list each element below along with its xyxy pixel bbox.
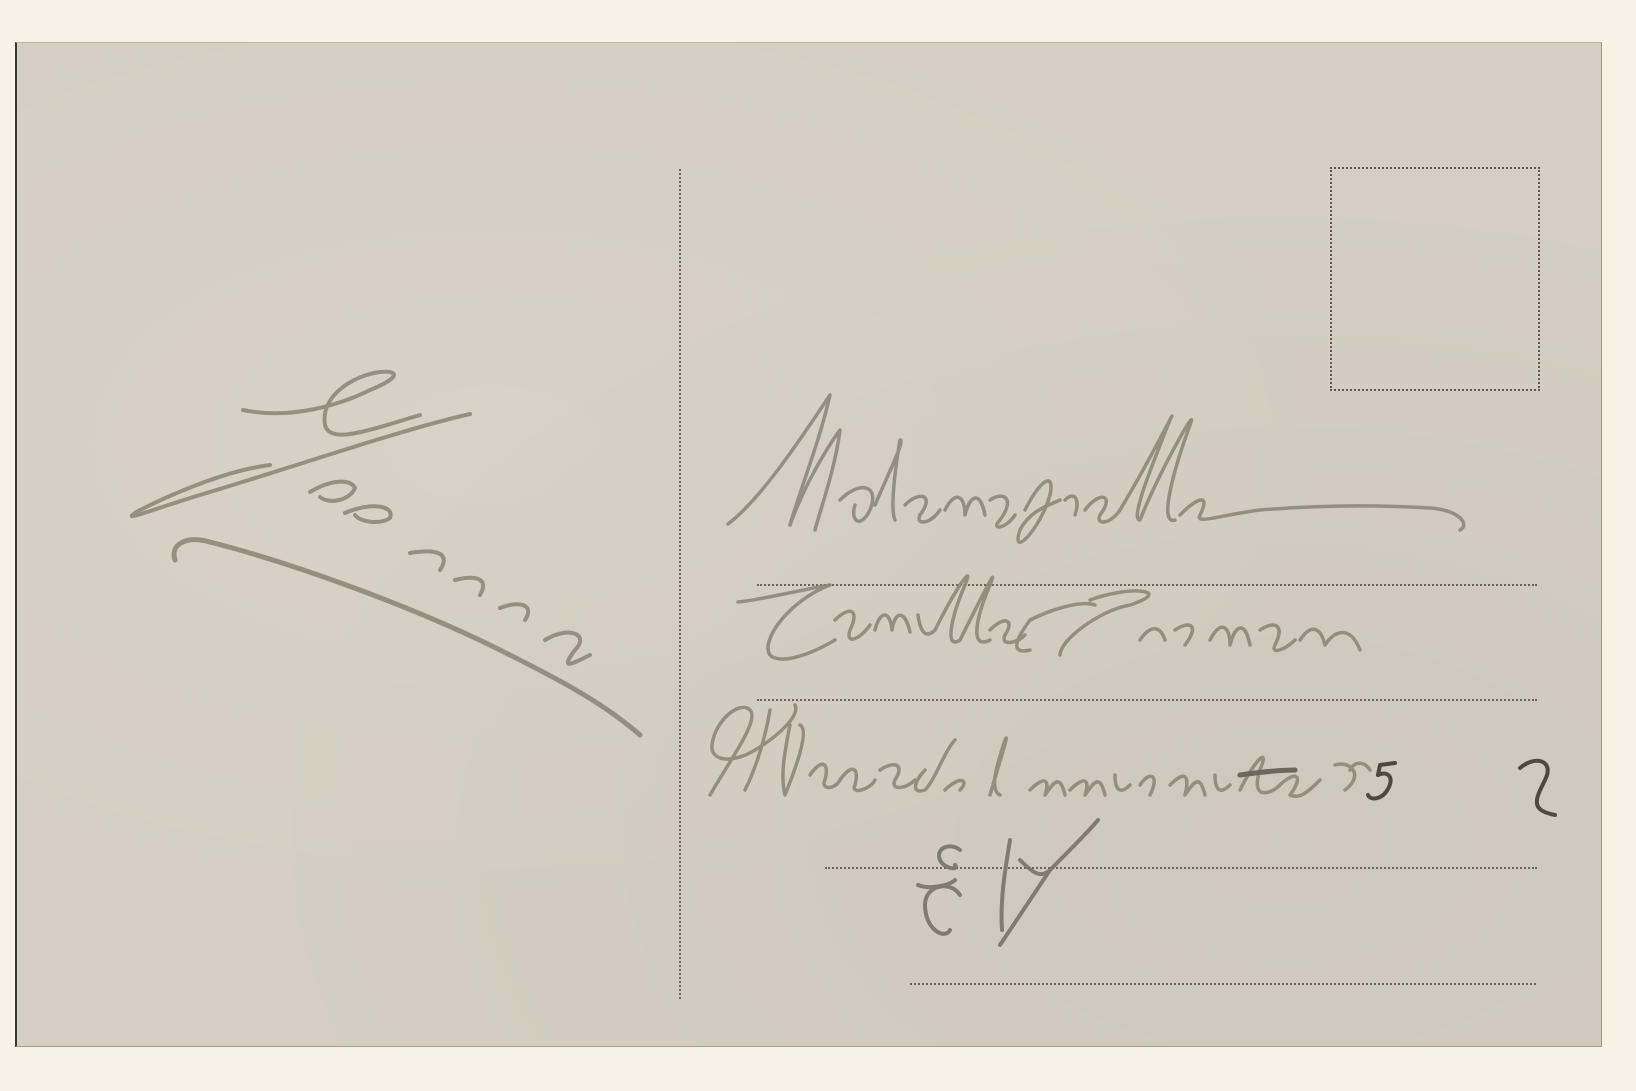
postcard-back (15, 42, 1602, 1047)
address-line-4-rule (910, 983, 1536, 985)
address-line-1: Mademoiselle (0, 0, 1, 1)
address-line-4: E/V (0, 0, 1, 1)
signature-text: Jeanne (0, 0, 1, 1)
stamp-placeholder-icon (1330, 167, 1540, 391)
address-line-1-rule (757, 584, 1537, 586)
address-line-3: Place de l'université 52 (0, 0, 1, 1)
center-divider (679, 169, 681, 999)
address-line-2-rule (757, 699, 1537, 701)
address-line-2: Camille Cromans (0, 0, 1, 1)
address-line-3-rule (825, 867, 1537, 869)
